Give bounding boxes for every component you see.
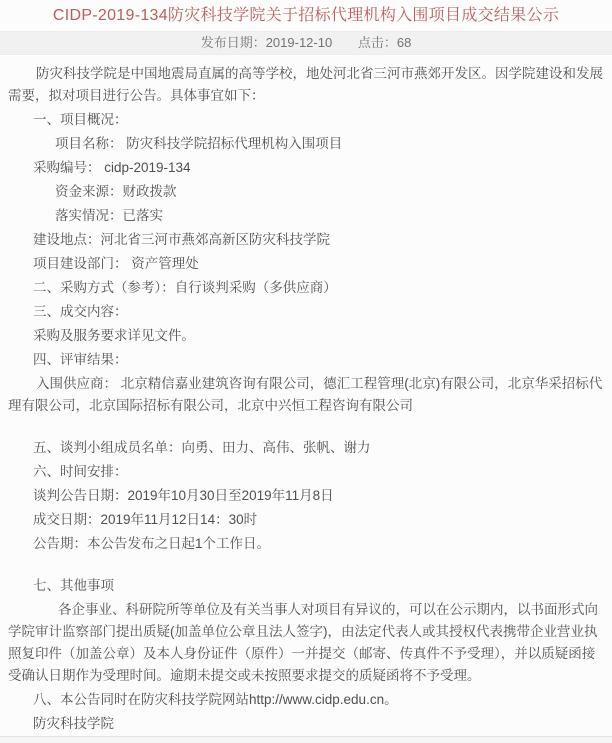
intro-paragraph: 防灾科技学院是中国地震局直属的高等学校，地处河北省三河市燕郊开发区。因学院建设和… — [8, 63, 606, 107]
section-8-website-note: 八、本公告同时在防灾科技学院网站http://www.cidp.edu.cn。 — [8, 689, 606, 711]
field-project-name: 项目名称： 防灾科技学院招标代理机构入围项目 — [8, 133, 606, 155]
field-implementation-status: 落实情况：已落实 — [8, 205, 606, 227]
announcement-document: CIDP-2019-134防灾科技学院关于招标代理机构入围项目成交结果公示 发布… — [0, 0, 612, 743]
negotiation-announcement-dates: 谈判公告日期：2019年10月30日至2019年11月8日 — [8, 485, 606, 507]
publish-date: 发布日期：2019-12-10 — [201, 35, 333, 51]
shortlisted-suppliers: 入围供应商： 北京精信嘉业建筑咨询有限公司，德汇工程管理(北京)有限公司，北京华… — [8, 373, 606, 417]
hit-count-label: 点击： — [358, 35, 397, 50]
page-title: CIDP-2019-134防灾科技学院关于招标代理机构入围项目成交结果公示 — [0, 0, 612, 28]
deal-date: 成交日期：2019年11月12日14：30时 — [8, 509, 606, 531]
section-1-heading: 一、项目概况： — [8, 109, 606, 131]
field-procurement-number: 采购编号： cidp-2019-134 — [8, 157, 606, 179]
field-construction-department: 项目建设部门： 资产管理处 — [8, 253, 606, 275]
announcement-period: 公告期：本公告发布之日起1个工作日。 — [8, 533, 606, 555]
section-5-panel-members: 五、谈判小组成员名单：向勇、田力、高伟、张帆、谢力 — [8, 437, 606, 459]
publish-date-label: 发布日期： — [201, 35, 266, 50]
bottom-divider — [0, 736, 612, 743]
hit-count-value: 68 — [397, 35, 411, 50]
field-construction-site: 建设地点：河北省三河市燕郊高新区防灾科技学院 — [8, 229, 606, 251]
spacer — [8, 419, 606, 437]
section-3-content: 采购及服务要求详见文件。 — [8, 325, 606, 347]
meta-bar: 发布日期：2019-12-10 点击：68 — [0, 31, 612, 55]
section-7-heading: 七、其他事项 — [8, 575, 606, 597]
field-funding-source: 资金来源：财政拨款 — [8, 181, 606, 203]
publish-date-value: 2019-12-10 — [266, 35, 333, 50]
section-4-heading: 四、评审结果： — [8, 349, 606, 371]
announcement-body: 防灾科技学院是中国地震局直属的高等学校，地处河北省三河市燕郊开发区。因学院建设和… — [0, 55, 612, 735]
signature: 防灾科技学院 — [8, 713, 606, 735]
hit-count: 点击：68 — [358, 35, 411, 51]
section-6-heading: 六、时间安排： — [8, 461, 606, 483]
spacer — [8, 557, 606, 575]
objection-instructions: 各企事业、科研院所等单位及有关当事人对项目有异议的，可以在公示期内，以书面形式向… — [8, 599, 606, 687]
section-3-heading: 三、成交内容： — [8, 301, 606, 323]
section-2-procurement-method: 二、采购方式（参考）：自行谈判采购（多供应商） — [8, 277, 606, 299]
